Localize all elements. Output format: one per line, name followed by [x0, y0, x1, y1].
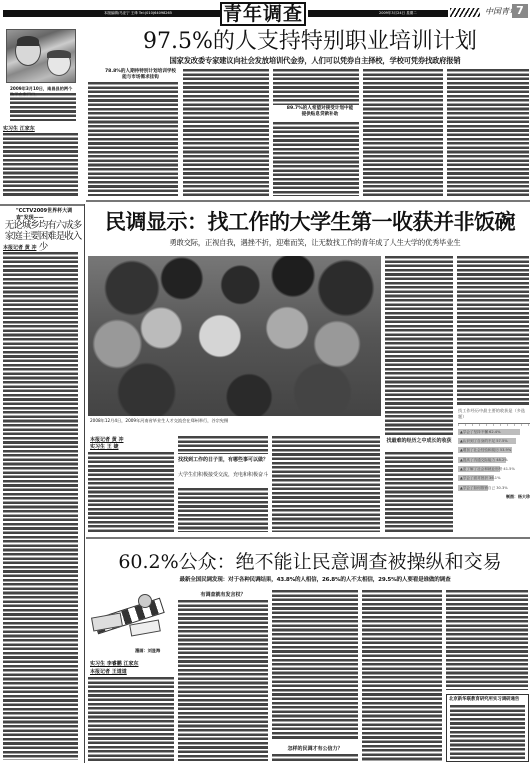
chart-bar-label: ▲提高了沟通交际能力 48.2% [460, 457, 508, 463]
chart-title: 找工作经历中最主要的收获是（多选题） [458, 408, 530, 420]
main-subheadline: 勇敢交际，正视自我，遇挫不折，迎难而笑，让无数找工作的青年成了人生大学的优秀毕业… [100, 238, 530, 248]
chart-bar-row: ▲学会了如何推销自己 30.3% [458, 484, 530, 491]
chart-bar-row: ▲学会了坚持不懈 62.4% [458, 428, 530, 435]
chart-bar: ▲学会了面对挫折 36.1% [458, 475, 494, 481]
main-photo-caption: 2008年12月4日，2009年河南省毕业生人才交流会在郑州举行，谷宗宪摄 [90, 418, 380, 424]
survey-bar-chart: 找工作经历中最主要的收获是（多选题） ▲学会了坚持不懈 62.4%▲认识到了自身… [458, 408, 530, 532]
masthead-date: 2009年3月24日 星期二 [376, 10, 420, 17]
chart-bar-label: ▲增加了社会经验和阅历 53.9% [460, 447, 511, 453]
chart-bar-label: ▲更了解了社会和就业形势 41.5% [460, 466, 515, 472]
cartoon-illustration [90, 590, 170, 645]
bottom-subheadline: 最新全国民调发现：对于各种民调结果，43.8%的人相信，26.8%的人不太相信，… [100, 575, 530, 583]
feature-byline: 本报记者 黄 冲 [3, 244, 36, 251]
page-number: 7 [512, 4, 528, 18]
chart-bar-row: ▲认识到了自身的不足 57.5% [458, 437, 530, 444]
bottom-subhead-2: 怎样的民调才有公信力？ [272, 745, 358, 752]
chart-bar-label: ▲认识到了自身的不足 57.5% [460, 438, 508, 444]
masthead-right-bar: Survey & Observation 2009年3月24日 星期二 [308, 10, 448, 17]
chart-bar-label: ▲学会了坚持不懈 62.4% [460, 429, 500, 435]
masthead-left-bar: E-mail: qingdiao@cyol.net.cn 本版编辑/马亚宁 王烽… [3, 10, 221, 17]
bottom-byline-2: 本报记者 王道道 [90, 668, 127, 675]
children-photo [6, 29, 76, 83]
chart-bar-label: ▲学会了面对挫折 36.1% [460, 475, 500, 481]
decorative-hatch-icon [450, 8, 480, 17]
top-headline: 97.5%的人支持特别职业培训计划 [90, 30, 530, 54]
main-byline-1: 本报记者 黄 冲 [90, 436, 123, 443]
main-subhead-2: 大学生们积极接受交流，充电和积极奋斗 [178, 472, 268, 479]
chart-bar-label: ▲学会了如何推销自己 30.3% [460, 485, 508, 491]
chart-bar-row: ▲增加了社会经验和阅历 53.9% [458, 447, 530, 454]
chart-author: 制图：杨大珍 [458, 494, 530, 500]
top-subhead-1: 78.8%的人期待特别计划培训学校能与市场需求挂钩 [103, 69, 178, 81]
top-subheadline: 国家发改委专家建议向社会发放培训代金券，人们可以凭券自主择校，学校可凭券找政府报… [100, 56, 530, 66]
main-subhead-1: 找找到工作的日子里，有哪些事可以做？ [178, 457, 268, 464]
chart-bar-row: ▲学会了面对挫折 36.1% [458, 475, 530, 482]
left-byline: 实习生 江家东 [3, 125, 35, 132]
chart-bar-row: ▲提高了沟通交际能力 48.2% [458, 456, 530, 463]
feature-body-text [3, 252, 78, 760]
chart-bar: ▲增加了社会经验和阅历 53.9% [458, 447, 512, 453]
job-fair-crowd-photo [88, 256, 381, 416]
main-subhead-3: 找最难的经历之中成长的收获 [385, 438, 453, 444]
section-title: 青年调查 [220, 2, 306, 26]
masthead-email: E-mail: qingdiao@cyol.net.cn [3, 22, 60, 26]
chart-bar: ▲学会了如何推销自己 30.3% [458, 485, 488, 491]
bottom-headline: 60.2%公众：绝不能让民意调查被操纵和交易 [90, 551, 530, 573]
main-headline: 民调显示：找工作的大学生第一收获并非饭碗 [90, 206, 530, 236]
chart-bar: ▲认识到了自身的不足 57.5% [458, 438, 516, 444]
cartoon-caption: 漫画：刘显海 [135, 648, 160, 654]
bottom-subhead-1: 有调查就有发言权？ [178, 591, 268, 598]
chart-bar: ▲提高了沟通交际能力 48.2% [458, 457, 506, 463]
notice-title: 北京新华联教育研究所实习调研通告 [449, 697, 526, 703]
bottom-byline-1: 实习生 李睿鹏 江家东 [90, 660, 138, 667]
section-english: Survey & Observation [308, 22, 352, 26]
left-body-text [3, 133, 78, 197]
notice-box: 北京新华联教育研究所实习调研通告 [446, 694, 529, 762]
chart-bar: ▲更了解了社会和就业形势 41.5% [458, 466, 500, 472]
masthead-editors: 本版编辑/马亚宁 王烽 Tel:(010)64098265 [101, 10, 175, 17]
top-subhead-2: 89.7%的人希望对接受计划中能提供贴息贷款补助 [285, 106, 355, 118]
main-byline-2: 实习生 王 婕 [90, 443, 118, 450]
chart-bar-row: ▲更了解了社会和就业形势 41.5% [458, 466, 530, 473]
chart-bar: ▲学会了坚持不懈 62.4% [458, 429, 520, 435]
chart-axis [458, 423, 530, 426]
